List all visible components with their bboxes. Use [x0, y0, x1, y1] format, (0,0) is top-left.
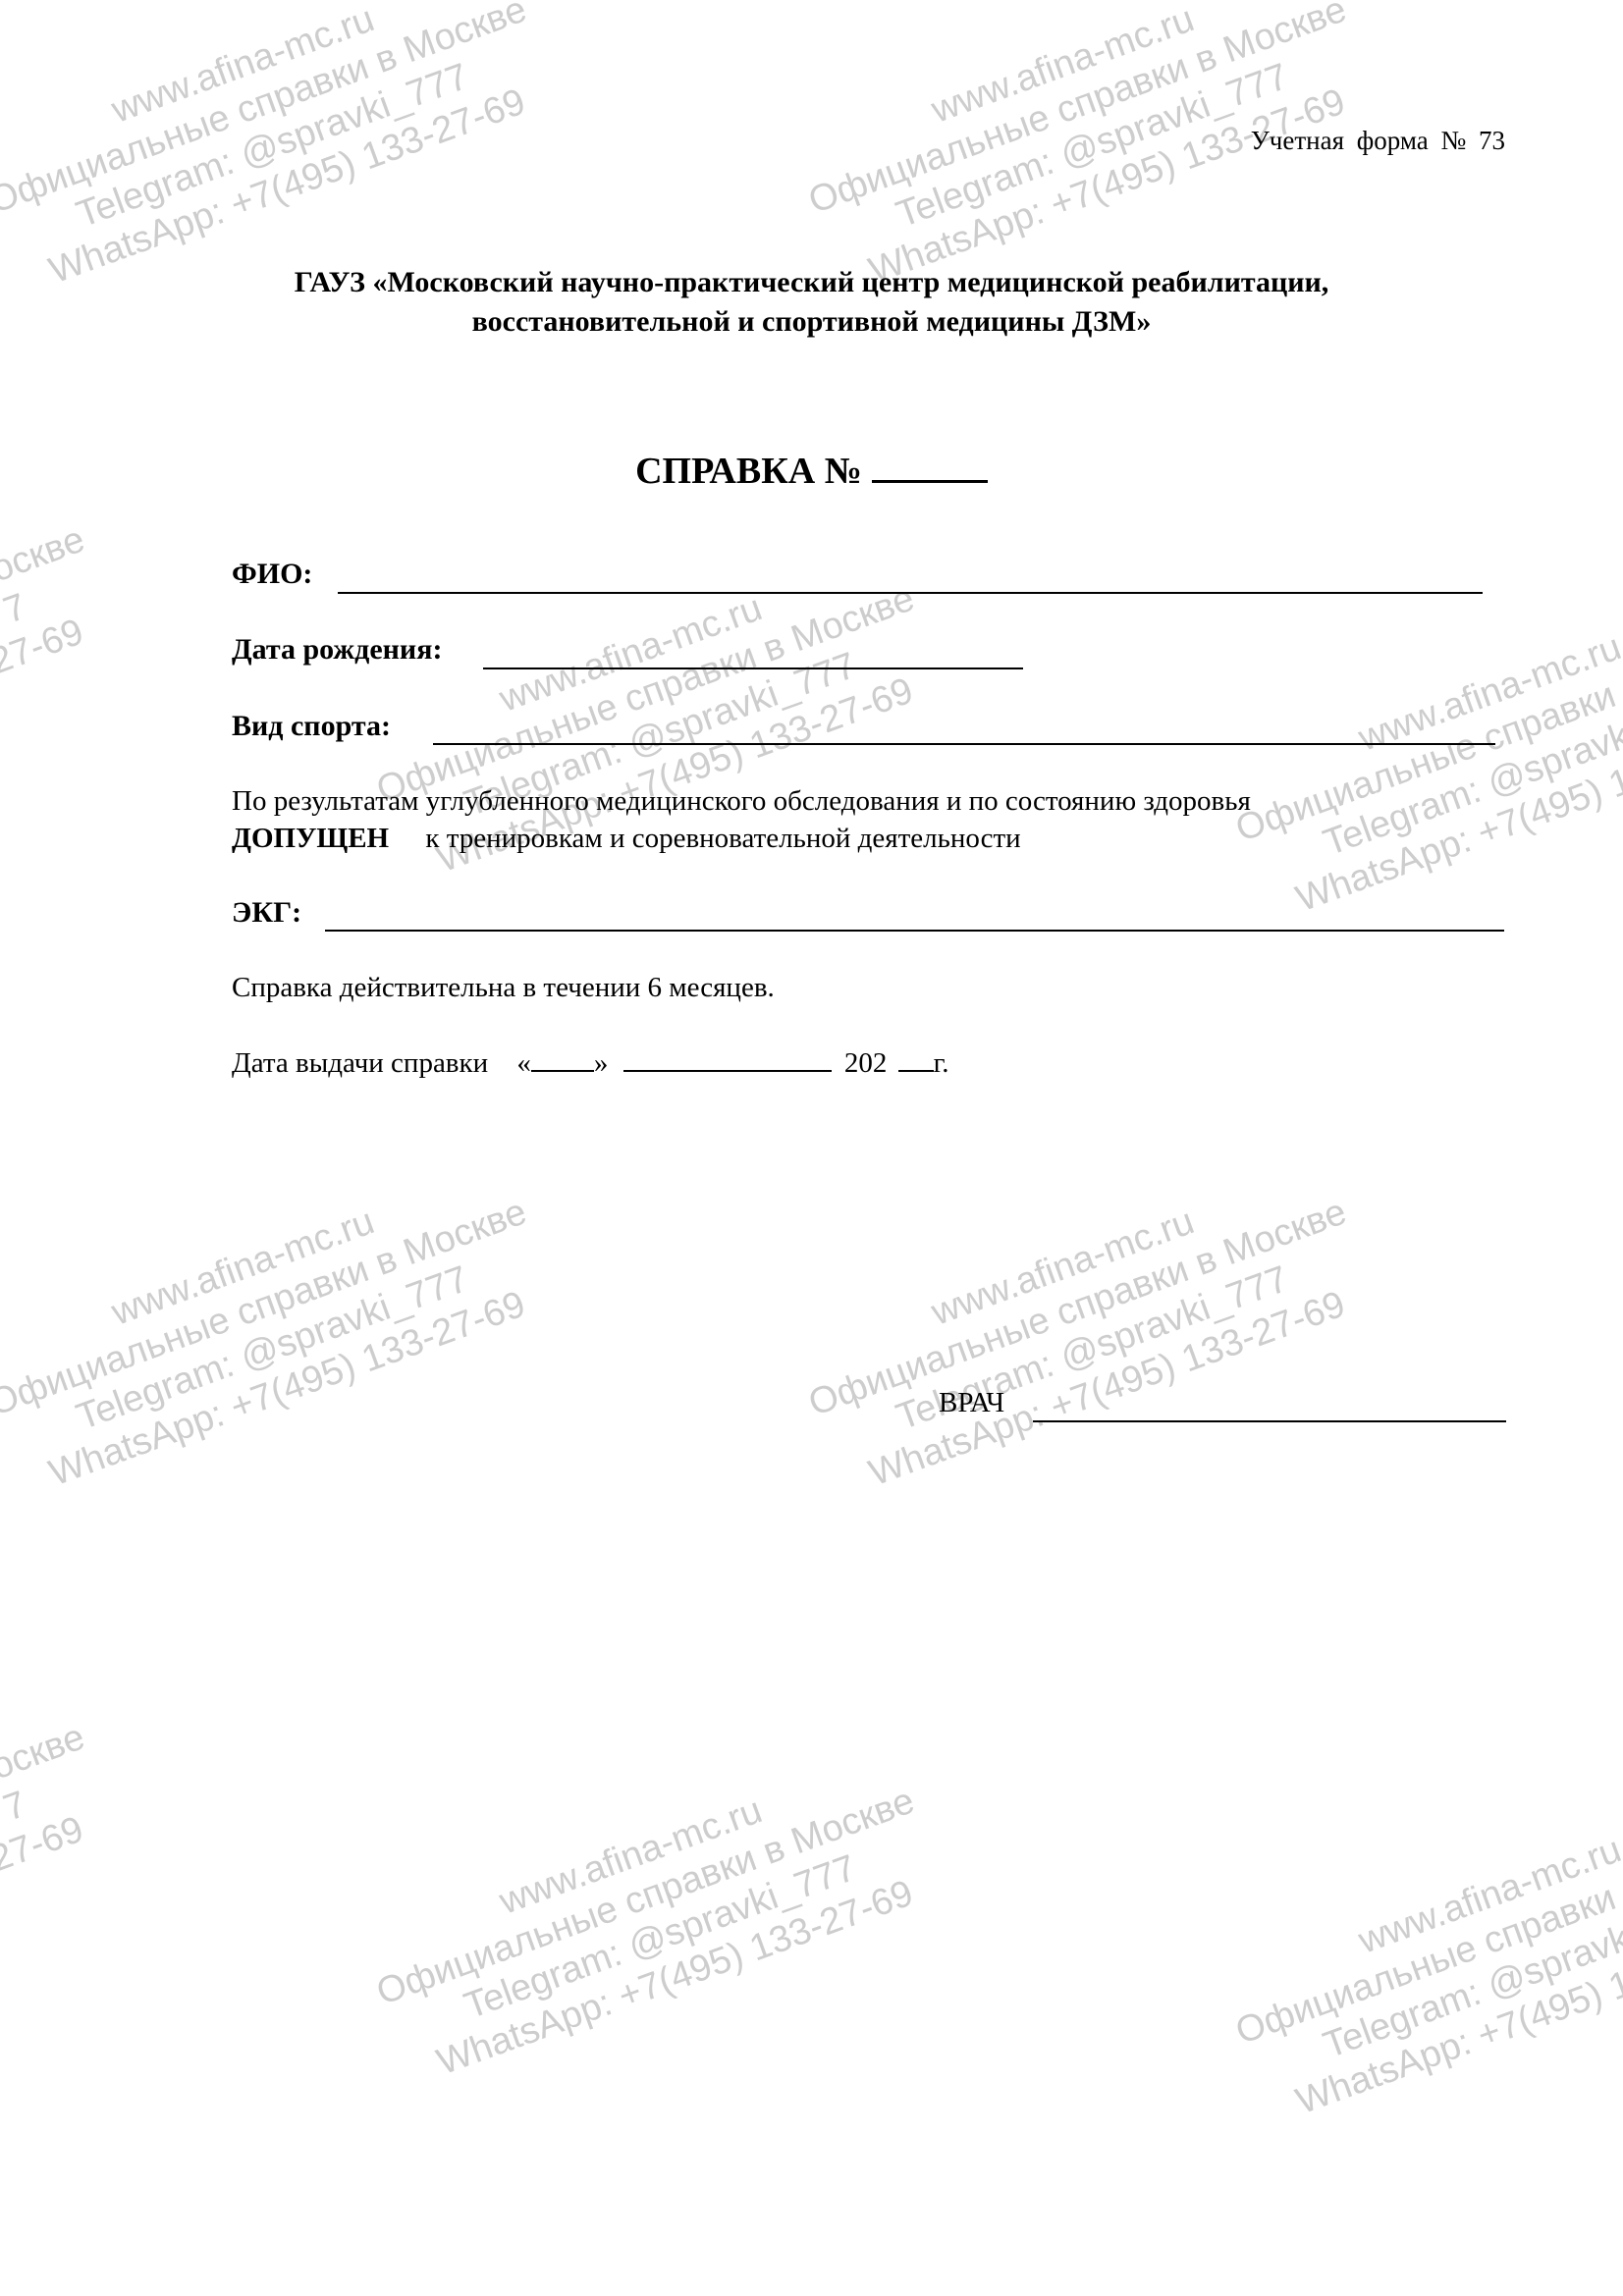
- ecg-field[interactable]: [325, 930, 1504, 932]
- watermark-line: www.afina-mc.ru: [0, 1665, 104, 1920]
- watermark: www.afina-mc.ru Официальные справки в Мо…: [1187, 565, 1623, 942]
- watermark-line: Официальные справки в Москве: [1202, 606, 1623, 861]
- watermark-line: WhatsApp: +7(495) 133-27-69: [0, 1787, 148, 2042]
- watermark-line: Официальные справки в Москве: [343, 566, 947, 822]
- form-id: Учетная форма № 73: [1251, 126, 1505, 156]
- watermark: www.afina-mc.ru Официальные справки в Мо…: [328, 1729, 978, 2106]
- issue-day-field[interactable]: [531, 1048, 594, 1072]
- doctor-signature-field[interactable]: [1033, 1420, 1506, 1422]
- issue-date: Дата выдачи справки «» 202 г.: [232, 1047, 949, 1080]
- watermark-line: Telegram: @spravki_777: [0, 1221, 575, 1476]
- watermark-line: Официальные справки в Москве: [1202, 1808, 1623, 2063]
- watermark-line: www.afina-mc.ru: [0, 0, 546, 192]
- fio-label: ФИО:: [232, 558, 312, 591]
- watermark-line: Telegram: @spravki_777: [789, 1221, 1394, 1476]
- watermark: www.afina-mc.ru Официальные справки в Мо…: [760, 1140, 1410, 1517]
- watermark-line: Telegram: @spravki_777: [357, 1810, 962, 2065]
- watermark-line: Telegram: @spravki_777: [0, 549, 134, 804]
- watermark-line: Официальные справки в Москве: [0, 507, 119, 763]
- watermark-line: www.afina-mc.ru: [0, 467, 104, 722]
- watermark-line: Официальные справки в Москве: [0, 0, 561, 233]
- organization-line-1: ГАУЗ «Московский научно-практический цен…: [0, 263, 1623, 302]
- watermark: www.afina-mc.ru Официальные справки в Мо…: [0, 1665, 148, 2042]
- watermark-line: www.afina-mc.ru: [760, 0, 1365, 192]
- issue-month-field[interactable]: [623, 1048, 832, 1072]
- watermark-line: WhatsApp: +7(495) 133-27-69: [1231, 1890, 1623, 2145]
- watermark-line: WhatsApp: +7(495) 133-27-69: [0, 1261, 590, 1517]
- birth-date-label: Дата рождения:: [232, 633, 442, 667]
- sport-label: Вид спорта:: [232, 710, 391, 743]
- watermark-line: www.afina-mc.ru: [760, 1140, 1365, 1395]
- watermark-line: www.afina-mc.ru: [1187, 565, 1623, 821]
- watermark-line: Официальные справки в Москве: [0, 1705, 119, 1960]
- watermark-line: WhatsApp: +7(495) 133-27-69: [1231, 687, 1623, 942]
- issue-year-field[interactable]: [898, 1048, 934, 1072]
- title-text: СПРАВКА №: [635, 451, 862, 492]
- page-title: СПРАВКА №: [0, 450, 1623, 493]
- watermark-line: www.afina-mc.ru: [0, 1140, 546, 1395]
- admission-scope: к тренировкам и соревновательной деятель…: [425, 823, 1020, 854]
- sport-field[interactable]: [433, 743, 1495, 745]
- watermark-line: WhatsApp: +7(495) 133-27-69: [372, 1850, 977, 2106]
- organization-line-2: восстановительной и спортивной медицины …: [0, 302, 1623, 342]
- watermark-line: Официальные справки в Москве: [0, 1180, 561, 1435]
- year-suffix: г.: [934, 1047, 949, 1079]
- watermark-line: Официальные справки в Москве: [775, 0, 1380, 233]
- organization-name: ГАУЗ «Московский научно-практический цен…: [0, 263, 1623, 342]
- watermark-line: www.afina-mc.ru: [1187, 1768, 1623, 2023]
- watermark: www.afina-mc.ru Официальные справки в Мо…: [1187, 1768, 1623, 2145]
- watermark-line: Telegram: @spravki_777: [1217, 647, 1623, 902]
- ecg-label: ЭКГ:: [232, 896, 301, 930]
- watermark: www.afina-mc.ru Официальные справки в Мо…: [0, 467, 148, 844]
- fio-field[interactable]: [338, 592, 1483, 594]
- watermark-line: WhatsApp: +7(495) 133-27-69: [804, 1261, 1409, 1517]
- birth-date-field[interactable]: [483, 667, 1023, 669]
- certificate-number-field[interactable]: [872, 451, 988, 483]
- conclusion-line-2: ДОПУЩЕН к тренировкам и соревновательной…: [232, 823, 1021, 855]
- watermark-line: WhatsApp: +7(495) 133-27-69: [372, 648, 977, 903]
- admitted-status: ДОПУЩЕН: [232, 823, 389, 854]
- watermark-line: Официальные справки в Москве: [775, 1180, 1380, 1435]
- watermark-line: WhatsApp: +7(495) 133-27-69: [0, 589, 148, 844]
- issue-date-label: Дата выдачи справки: [232, 1047, 488, 1079]
- validity-note: Справка действительна в течении 6 месяце…: [232, 972, 775, 1004]
- watermark-line: www.afina-mc.ru: [328, 1729, 933, 1984]
- watermark-line: Официальные справки в Москве: [343, 1769, 947, 2024]
- watermark-line: Telegram: @spravki_777: [0, 19, 575, 274]
- doctor-label: ВРАЧ: [939, 1387, 1004, 1419]
- watermark: www.afina-mc.ru Официальные справки в Мо…: [0, 1140, 590, 1517]
- year-prefix: 202: [844, 1047, 888, 1079]
- watermark-line: Telegram: @spravki_777: [0, 1746, 134, 2002]
- watermark-line: Telegram: @spravki_777: [1217, 1849, 1623, 2105]
- conclusion-line-1: По результатам углубленного медицинского…: [232, 785, 1251, 818]
- close-quote: »: [594, 1047, 609, 1079]
- open-quote: «: [516, 1047, 531, 1079]
